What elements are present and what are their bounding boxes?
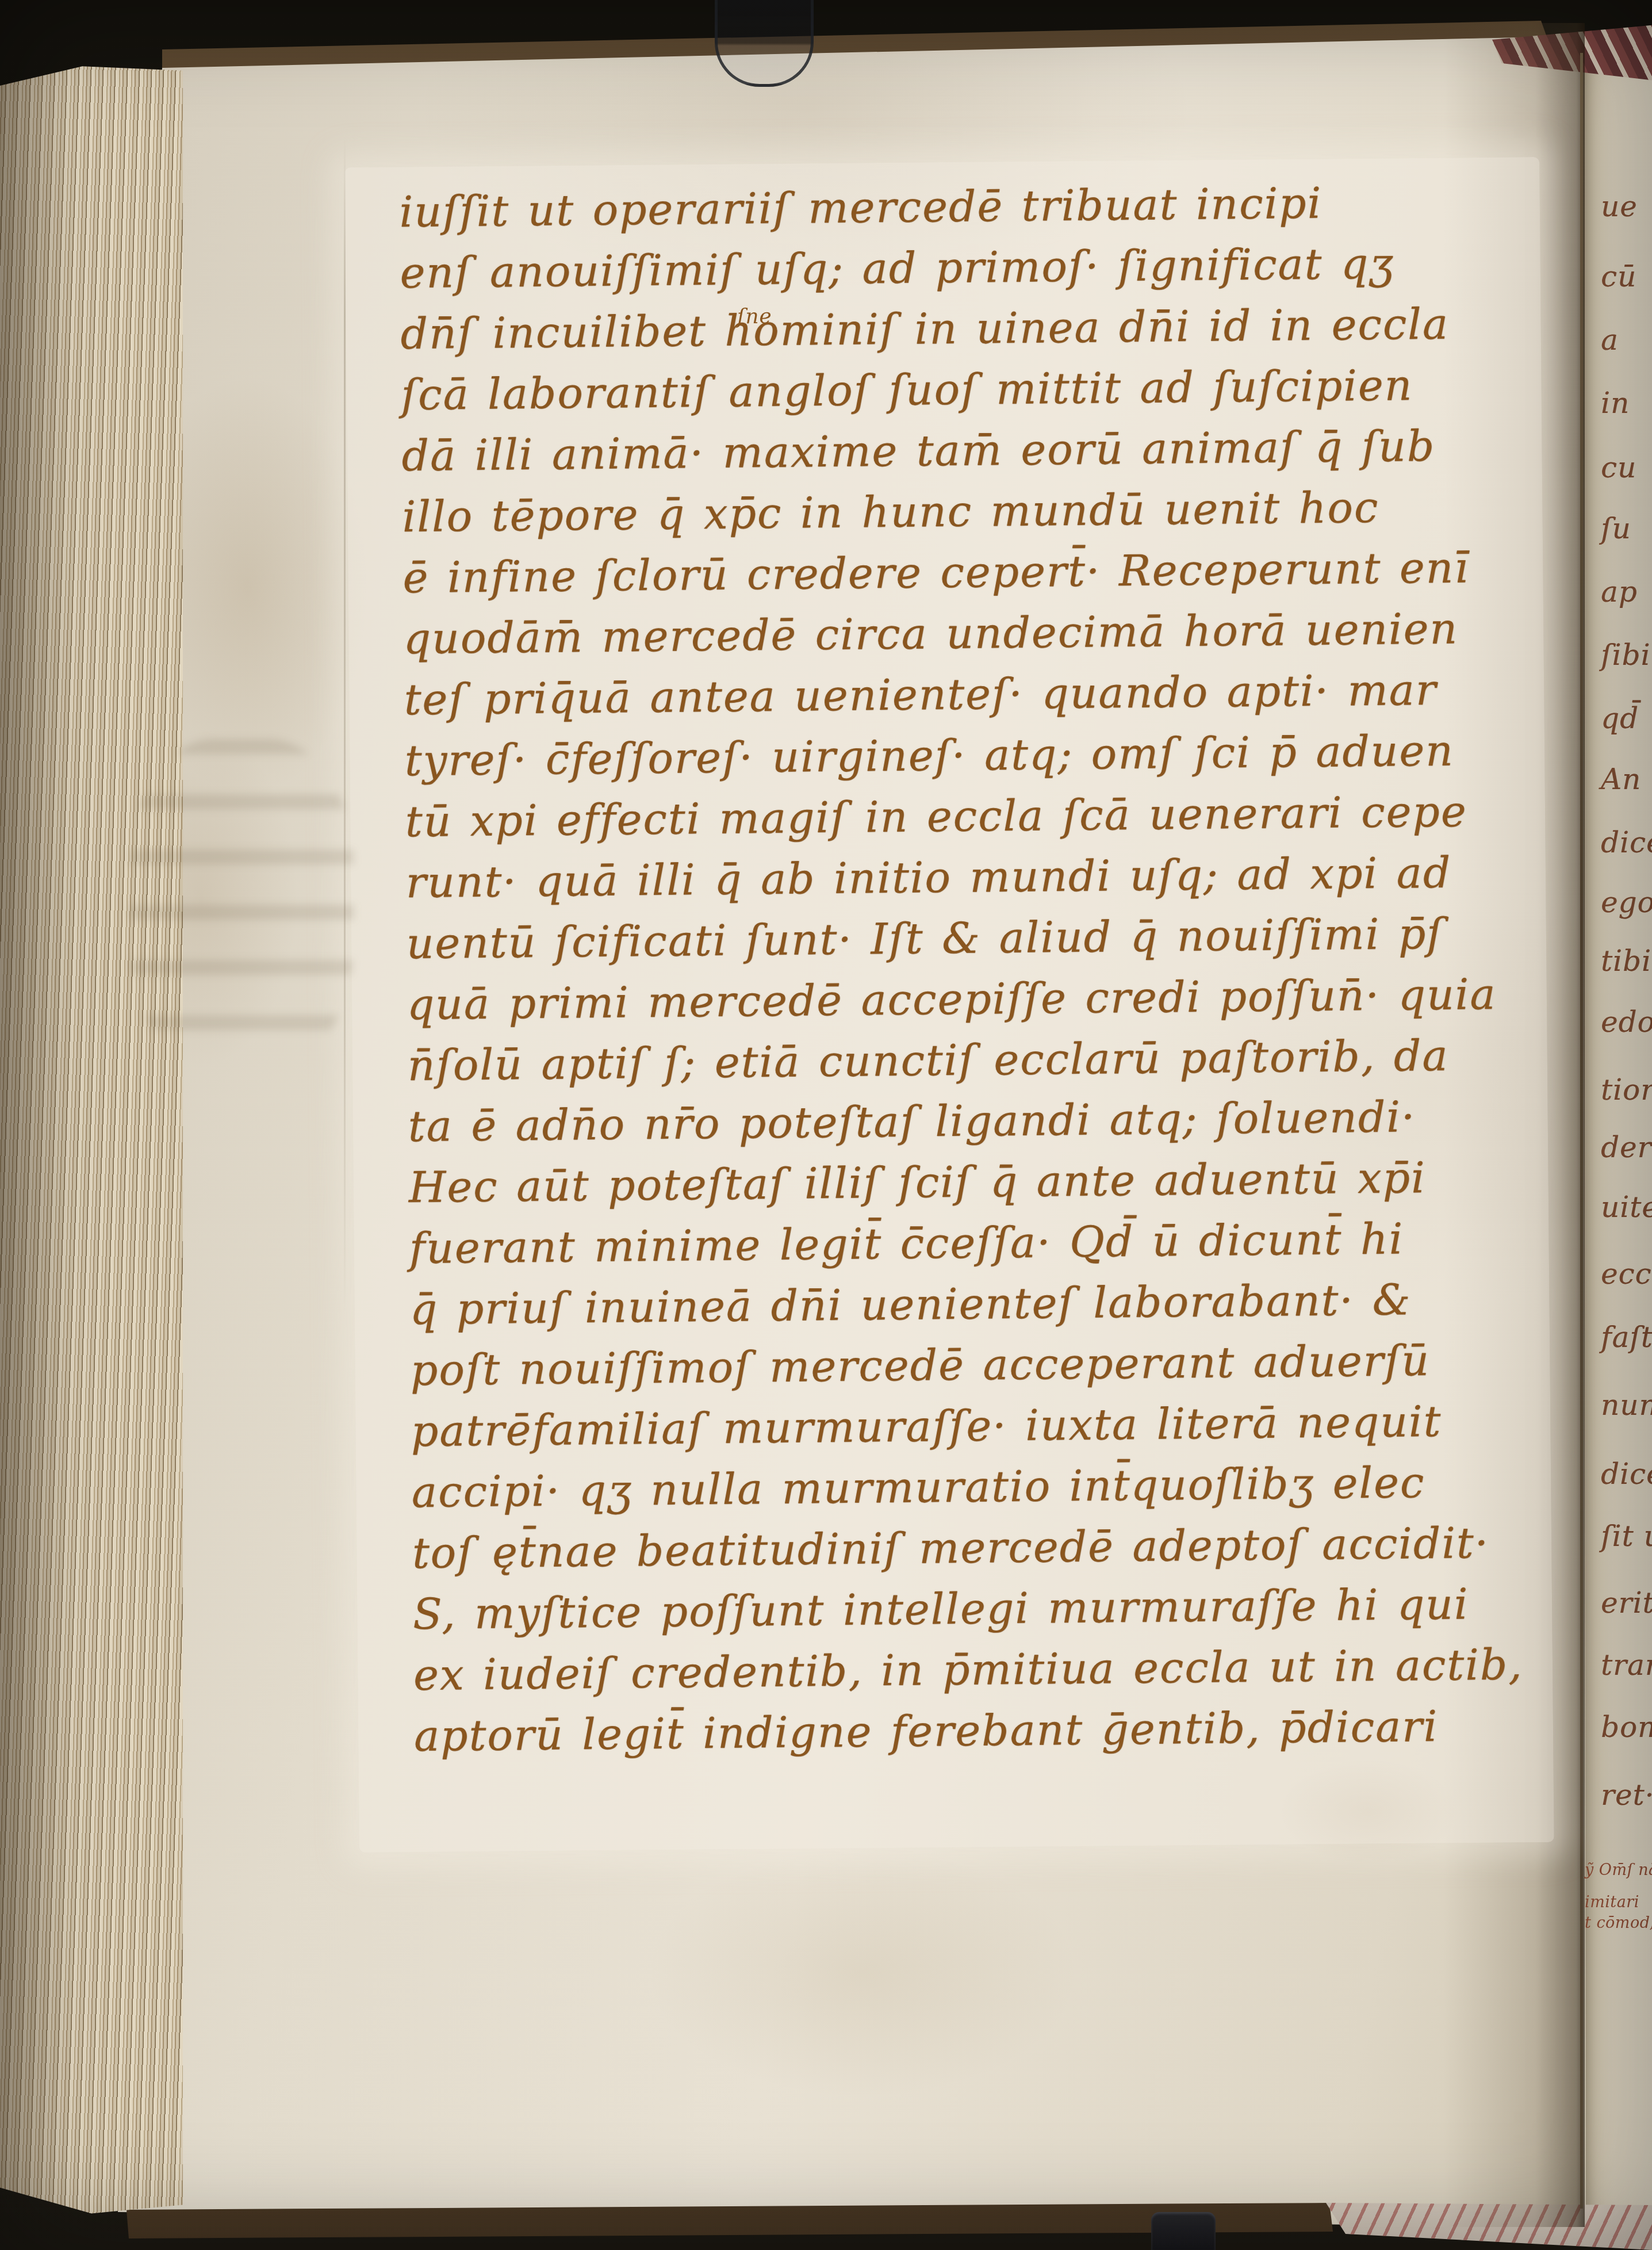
text-line: teſ priq̄uā antea uenienteſ· quando apti… (404, 659, 1540, 730)
text-line: ex iudeiſ credentib, in p̄mitiua eccla u… (413, 1634, 1549, 1706)
text-line: toſ ęt̄nae beatitudiniſ mercedē adeptoſ … (412, 1512, 1548, 1584)
text-line: quodām̄ mercedē circa undecimā horā ueni… (403, 598, 1539, 669)
text-line: dn̄ſ incuilibet hominiſ in uinea dn̄i id… (400, 293, 1536, 365)
text-line: ſcā laborantiſ angloſ ſuoſ mittit ad ſuſ… (401, 354, 1537, 426)
interlinear-correction: ſne (737, 305, 772, 329)
top-retaining-strap (715, 0, 814, 87)
text-line: runt· quā illi q̄ ab initio mundi uſq; a… (405, 841, 1542, 913)
main-text-block: iuſſit ut operariiſ mercedē tribuat inci… (399, 171, 1550, 1767)
margin-note: ỹ Om̄ſ nāq; (1585, 1861, 1652, 1879)
text-line: S, myſtice poſſunt intellegi murmuraſſe … (412, 1573, 1548, 1645)
text-line: dā illi animā· maxime tam̄ eorū animaſ q… (401, 415, 1538, 487)
margin-note: imitari (1585, 1893, 1639, 1911)
text-line: illo tēpore q̄ xp̄c in hunc mundū uenit … (402, 476, 1538, 548)
fore-edge-leaf-stack (0, 60, 183, 2218)
marginal-notes: ỹ Om̄ſ nāq;imitarit cōmod; (1585, 0, 1652, 2250)
text-line: q̄ priuſ inuineā dn̄i uenienteſ laboraba… (409, 1268, 1546, 1340)
text-line: quā primi mercedē accepiſſe credi poſſun… (407, 963, 1543, 1035)
text-line: ē infine ſclorū credere cepert̄· Receper… (403, 537, 1539, 609)
text-line: aptorū legit̄ indigne ferebant ḡentib, p… (413, 1695, 1550, 1767)
page-fold-crease (344, 138, 346, 1317)
text-line: tyreſ· c̄feſſoreſ· uirgineſ· atq; omſ ſc… (404, 720, 1540, 791)
text-line: patrēfamiliaſ murmuraſſe· iuxta literā n… (411, 1390, 1547, 1462)
text-line: iuſſit ut operariiſ mercedē tribuat inci… (399, 171, 1535, 243)
bottom-retaining-strap (1151, 2212, 1216, 2250)
manuscript-photo: iuſſit ut operariiſ mercedē tribuat inci… (0, 0, 1652, 2250)
text-line: fuerant minime legit̄ c̄ceſſa· Qd̄ ū dic… (409, 1207, 1545, 1279)
margin-note: t cōmod; (1585, 1914, 1652, 1932)
text-line: Hec aūt poteſtaſ illiſ ſciſ q̄ ante adue… (408, 1146, 1544, 1218)
gutter-crease (1580, 53, 1583, 2209)
text-line: ta ē adn̄o nr̄o poteſtaſ ligandi atq; ſo… (408, 1085, 1544, 1157)
text-line: tū xpi effecti magiſ in eccla ſcā uenera… (405, 780, 1541, 852)
show-through-text (129, 739, 354, 1070)
text-line: n̄ſolū aptiſ ſ; etiā cunctiſ ecclarū paſ… (407, 1024, 1543, 1096)
text-line: enſ anouiſſimiſ uſq; ad primoſ· ſignific… (400, 232, 1536, 304)
text-line: uentū ſcificati ſunt· Iſt & aliud q̄ nou… (406, 902, 1542, 974)
text-line: accipi· qʒ nulla murmuratio int̄quoſlibʒ… (411, 1451, 1547, 1523)
text-line: poſt nouiſſimoſ mercedē acceperant aduer… (410, 1329, 1546, 1401)
